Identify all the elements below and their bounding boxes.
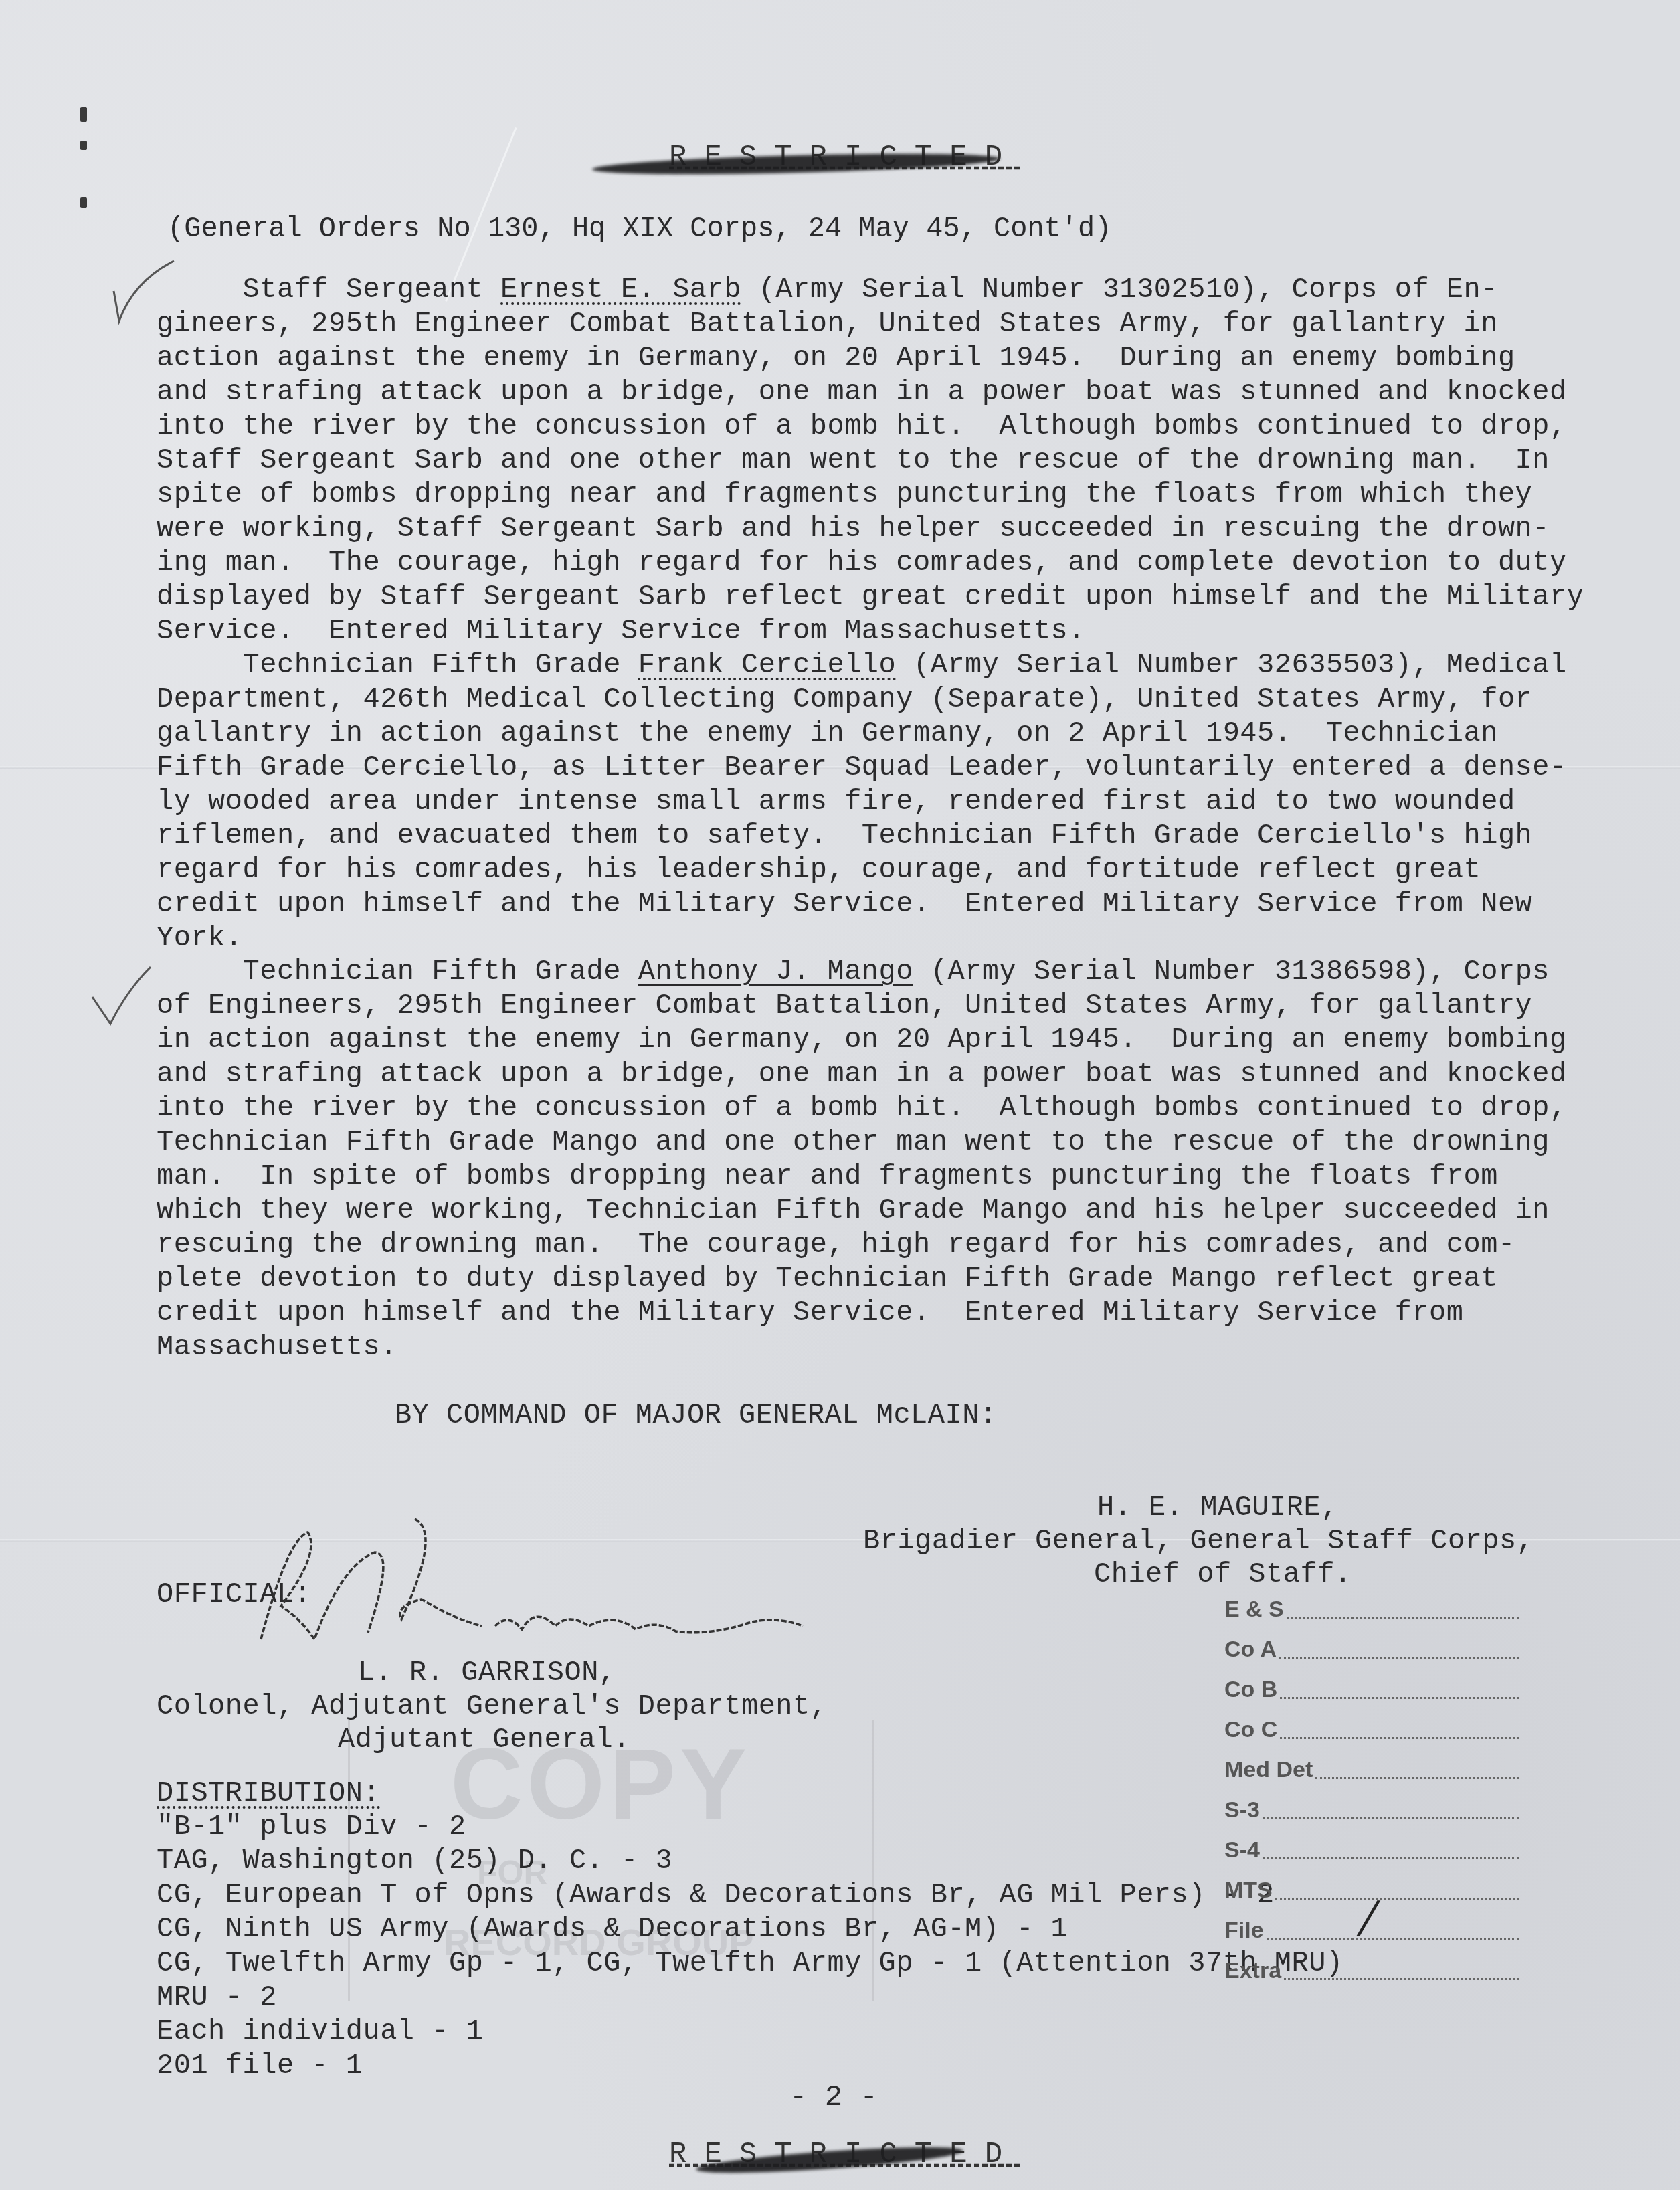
chief-of-staff-name: H. E. MAGUIRE, xyxy=(1097,1491,1338,1525)
routing-blank-line xyxy=(1263,1857,1519,1859)
document-header: (General Orders No 130, Hq XIX Corps, 24… xyxy=(167,213,1111,245)
paragraph-first-line: Staff Sergeant Ernest E. Sarb (Army Seri… xyxy=(157,273,1498,307)
routing-label: MTS xyxy=(1224,1878,1275,1904)
distribution-item: 201 file - 1 xyxy=(157,2049,363,2083)
routing-row: Med Det xyxy=(1224,1750,1519,1783)
paragraph-line: Technician Fifth Grade Mango and one oth… xyxy=(157,1125,1550,1160)
paragraph-line: regard for his comrades, his leadership,… xyxy=(157,853,1481,887)
distribution-heading: DISTRIBUTION: xyxy=(157,1776,380,1811)
routing-blank-line xyxy=(1315,1777,1519,1779)
paragraph-line: into the river by the concussion of a bo… xyxy=(157,409,1567,444)
distribution-item: CG, Ninth US Army (Awards & Decorations … xyxy=(157,1912,1068,1946)
routing-blank-line xyxy=(1287,1617,1519,1619)
paragraph-line: displayed by Staff Sergeant Sarb reflect… xyxy=(157,580,1584,614)
routing-row: File/ xyxy=(1224,1910,1519,1944)
paragraph-line: Fifth Grade Cerciello, as Litter Bearer … xyxy=(157,751,1567,785)
routing-row: Co B xyxy=(1224,1669,1519,1703)
routing-row: S-4 xyxy=(1224,1830,1519,1863)
routing-row: Co A xyxy=(1224,1629,1519,1663)
paragraph-line: Massachusetts. xyxy=(157,1330,397,1364)
routing-label: Co C xyxy=(1224,1717,1280,1743)
routing-label: E & S xyxy=(1224,1596,1287,1623)
routing-label: File xyxy=(1224,1918,1267,1944)
routing-blank-line xyxy=(1284,1978,1519,1980)
by-command-line: BY COMMAND OF MAJOR GENERAL McLAIN: xyxy=(395,1398,997,1433)
paragraph-line: Staff Sergeant Sarb and one other man we… xyxy=(157,444,1550,478)
paragraph-line: credit upon himself and the Military Ser… xyxy=(157,887,1532,921)
staple-hole xyxy=(80,197,87,208)
routing-label: Co B xyxy=(1224,1677,1280,1703)
staple-hole xyxy=(80,107,87,122)
paragraph-first-line: Technician Fifth Grade Anthony J. Mango … xyxy=(157,955,1550,989)
chief-of-staff-title-2: Chief of Staff. xyxy=(1094,1558,1352,1592)
paragraph-line: gallantry in action against the enemy in… xyxy=(157,717,1498,751)
routing-label: Extra xyxy=(1224,1958,1284,1984)
paragraph-line: and strafing attack upon a bridge, one m… xyxy=(157,1057,1567,1091)
routing-row: E & S xyxy=(1224,1589,1519,1623)
check-mark-icon xyxy=(87,964,167,1037)
routing-label: Co A xyxy=(1224,1637,1279,1663)
line-text: Technician Fifth Grade xyxy=(157,649,638,681)
paragraph-line: plete devotion to duty displayed by Tech… xyxy=(157,1262,1498,1296)
routing-blank-line xyxy=(1263,1817,1519,1819)
paragraph-line: and strafing attack upon a bridge, one m… xyxy=(157,375,1567,409)
page-number: - 2 - xyxy=(789,2081,878,2114)
paragraph-line: credit upon himself and the Military Ser… xyxy=(157,1296,1464,1330)
paragraph-first-line: Technician Fifth Grade Frank Cerciello (… xyxy=(157,648,1567,682)
paragraph-line: spite of bombs dropping near and fragmen… xyxy=(157,478,1532,512)
signature-handwritten xyxy=(241,1512,910,1666)
line-text: Staff Sergeant xyxy=(157,274,500,306)
paragraph-line: gineers, 295th Engineer Combat Battalion… xyxy=(157,307,1498,341)
line-text: (Army Serial Number 31386598), Corps xyxy=(913,955,1550,988)
watermark-text: COPY xyxy=(450,1726,751,1842)
routing-label: S-3 xyxy=(1224,1797,1263,1823)
paragraph-line: rescuing the drowning man. The courage, … xyxy=(157,1228,1515,1262)
paragraph-line: riflemen, and evacuated them to safety. … xyxy=(157,819,1532,853)
paragraph-line: which they were working, Technician Fift… xyxy=(157,1194,1550,1228)
routing-row: Extra xyxy=(1224,1950,1519,1984)
routing-label: S-4 xyxy=(1224,1837,1263,1863)
distribution-item: CG, European T of Opns (Awards & Decorat… xyxy=(157,1878,1275,1912)
distribution-item: "B-1" plus Div - 2 xyxy=(157,1810,466,1844)
official-title-1: Colonel, Adjutant General's Department, xyxy=(157,1690,827,1724)
chief-of-staff-title-1: Brigadier General, General Staff Corps, xyxy=(863,1524,1533,1558)
distribution-item: CG, Twelfth Army Gp - 1, CG, Twelfth Arm… xyxy=(157,1946,1343,1981)
staple-hole xyxy=(80,141,87,150)
paragraph-line: action against the enemy in Germany, on … xyxy=(157,341,1515,375)
distribution-item: Each individual - 1 xyxy=(157,2015,483,2049)
paragraph-line: of Engineers, 295th Engineer Combat Batt… xyxy=(157,989,1532,1023)
line-text: (Army Serial Number 32635503), Medical xyxy=(896,649,1566,681)
paragraph-line: in action against the enemy in Germany, … xyxy=(157,1023,1567,1057)
line-text: Technician Fifth Grade xyxy=(157,955,638,988)
distribution-item: MRU - 2 xyxy=(157,1981,277,2015)
official-name: L. R. GARRISON, xyxy=(358,1656,616,1690)
routing-row: Co C xyxy=(1224,1710,1519,1743)
paragraph-line: Service. Entered Military Service from M… xyxy=(157,614,1085,648)
routing-blank-line xyxy=(1267,1938,1519,1940)
paragraph-line: Department, 426th Medical Collecting Com… xyxy=(157,682,1532,717)
routing-label: Med Det xyxy=(1224,1757,1315,1783)
paragraph-line: were working, Staff Sergeant Sarb and hi… xyxy=(157,512,1550,546)
paragraph-line: into the river by the concussion of a bo… xyxy=(157,1091,1567,1125)
routing-blank-line xyxy=(1279,1657,1519,1659)
recipient-name: Anthony J. Mango xyxy=(638,955,913,988)
routing-blank-line xyxy=(1280,1697,1519,1699)
paragraph-line: York. xyxy=(157,921,243,955)
recipient-name: Frank Cerciello xyxy=(638,649,897,681)
routing-blank-line xyxy=(1275,1898,1519,1900)
routing-blank-line xyxy=(1280,1737,1519,1739)
paragraph-line: ing man. The courage, high regard for hi… xyxy=(157,546,1567,580)
line-text: (Army Serial Number 31302510), Corps of … xyxy=(741,274,1498,306)
distribution-item: TAG, Washington (25) D. C. - 3 xyxy=(157,1844,672,1878)
paragraph-line: man. In spite of bombs dropping near and… xyxy=(157,1160,1498,1194)
recipient-name: Ernest E. Sarb xyxy=(500,274,741,306)
routing-row: S-3 xyxy=(1224,1790,1519,1823)
paragraph-line: ly wooded area under intense small arms … xyxy=(157,785,1515,819)
